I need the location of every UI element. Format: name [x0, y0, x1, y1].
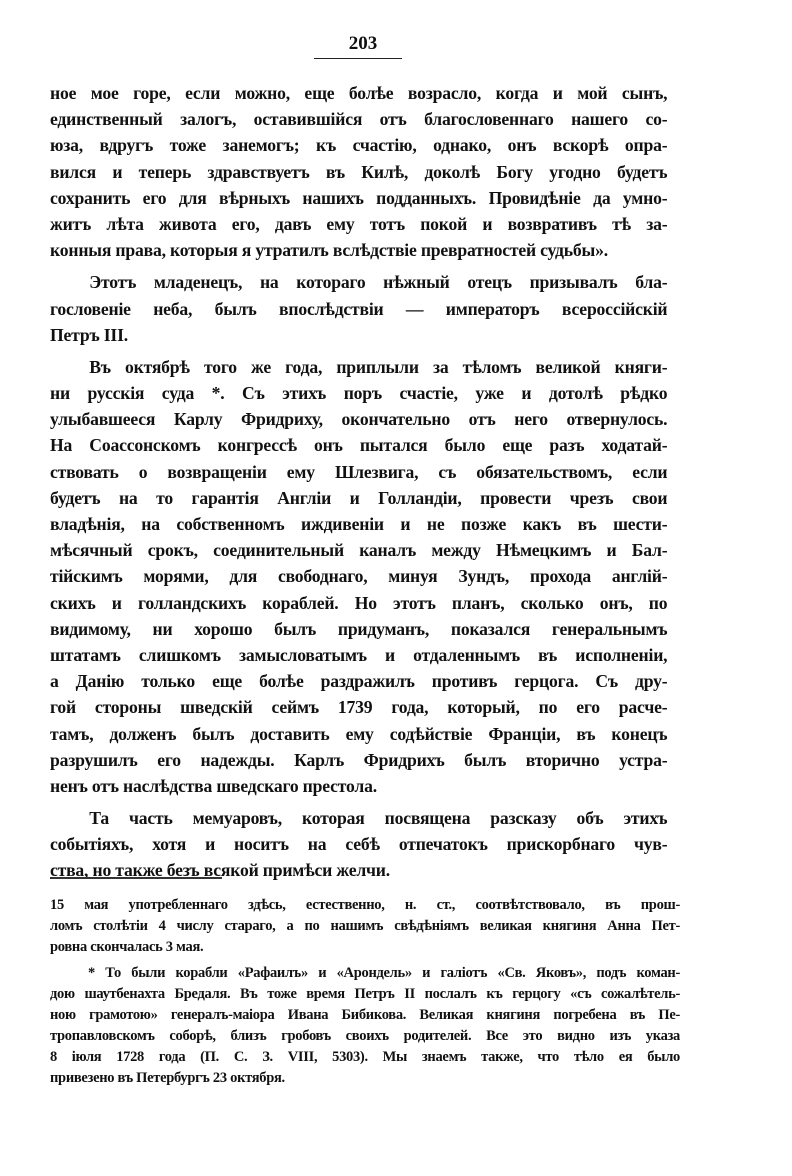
paragraph: Въ октябрѣ того же года, приплыли за тѣл… — [50, 354, 680, 799]
text-line: гой стороны шведскій сеймъ 1739 года, ко… — [50, 694, 667, 720]
text-line: юза, вдругъ тоже занемогъ; къ счастію, о… — [50, 132, 667, 158]
text-line: Этотъ младенецъ, на котораго нѣжный отец… — [50, 269, 667, 295]
footnote-line: 8 іюля 1728 года (П. С. З. VIII, 5303). … — [50, 1047, 680, 1068]
text-line: ства, но также безъ всякой примѣси желчи… — [50, 857, 667, 883]
text-line: ное мое горе, если можно, еще болѣе возр… — [50, 80, 667, 106]
text-line: улыбавшееся Карлу Фридриху, окончательно… — [50, 406, 667, 432]
text-line: вился и теперь здравствуетъ въ Килѣ, док… — [50, 159, 667, 185]
footnote-line: ровна скончалась 3 мая. — [50, 937, 680, 958]
footnote-line: ломъ столѣтіи 4 числу стараго, а по наши… — [50, 916, 680, 937]
footnote-line: ною грамотою» генералъ-маіора Ивана Биби… — [50, 1005, 680, 1026]
text-line: гословеніе неба, былъ впослѣдствіи — имп… — [50, 296, 667, 322]
paragraph: Этотъ младенецъ, на котораго нѣжный отец… — [50, 269, 680, 348]
footnote-line: дою шаутбенахта Бредаля. Въ тоже время П… — [50, 984, 680, 1005]
footnote-line: тропавловскомъ соборѣ, близъ гробовъ сво… — [50, 1026, 680, 1047]
text-line: тійскимъ морями, для свободнаго, минуя З… — [50, 563, 667, 589]
page-number-rule — [314, 58, 402, 59]
paragraph: Та часть мемуаровъ, которая посвящена ра… — [50, 805, 680, 884]
text-line: ни русскія суда *. Съ этихъ поръ счастіе… — [50, 380, 667, 406]
footnote-rule — [50, 877, 222, 879]
text-line: мѣсячный срокъ, соединительный каналъ ме… — [50, 537, 667, 563]
text-line: скихъ и голландскихъ кораблей. Но этотъ … — [50, 590, 667, 616]
text-line: На Соассонскомъ конгрессѣ онъ пытался бы… — [50, 432, 667, 458]
footnotes: 15 мая употребленнаго здѣсь, естественно… — [50, 895, 680, 1089]
footnote-line: привезено въ Петербургъ 23 октября. — [50, 1068, 680, 1089]
text-line: видимому, ни хорошо былъ придуманъ, пока… — [50, 616, 667, 642]
text-line: ненъ отъ наслѣдства шведскаго престола. — [50, 773, 667, 799]
text-line: конныя права, которыя я утратилъ вслѣдст… — [50, 237, 667, 263]
text-line: штатамъ слишкомъ замысловатымъ и отдален… — [50, 642, 667, 668]
text-line: будетъ на то гарантія Англіи и Голландіи… — [50, 485, 667, 511]
text-line: Петръ III. — [50, 322, 667, 348]
text-line: ствовать о возвращеніи ему Шлезвига, съ … — [50, 459, 667, 485]
page-number: 203 — [0, 33, 726, 55]
text-line: тамъ, долженъ былъ доставить ему содѣйст… — [50, 721, 667, 747]
footnote: * То были корабли «Рафаилъ» и «Арондель»… — [50, 963, 680, 1089]
text-line: событіяхъ, хотя и носитъ на себѣ отпечат… — [50, 831, 667, 857]
text-line: разрушилъ его надежды. Карлъ Фридрихъ бы… — [50, 747, 667, 773]
text-line: единственный залогъ, оставившійся отъ бл… — [50, 106, 667, 132]
text-line: а Данію только еще болѣе раздражилъ прот… — [50, 668, 667, 694]
paragraph: ное мое горе, если можно, еще болѣе возр… — [50, 80, 680, 263]
footnote-line: 15 мая употребленнаго здѣсь, естественно… — [50, 895, 680, 916]
text-line: Въ октябрѣ того же года, приплыли за тѣл… — [50, 354, 667, 380]
text-line: владѣнія, на собственномъ иждивеніи и не… — [50, 511, 667, 537]
body-text: ное мое горе, если можно, еще болѣе возр… — [50, 80, 680, 884]
text-line: сохранить его для вѣрныхъ нашихъ подданн… — [50, 185, 667, 211]
footnote-line: * То были корабли «Рафаилъ» и «Арондель»… — [50, 963, 680, 984]
footnote: 15 мая употребленнаго здѣсь, естественно… — [50, 895, 680, 958]
text-line: Та часть мемуаровъ, которая посвящена ра… — [50, 805, 667, 831]
text-line: житъ лѣта живота его, давъ ему тотъ поко… — [50, 211, 667, 237]
